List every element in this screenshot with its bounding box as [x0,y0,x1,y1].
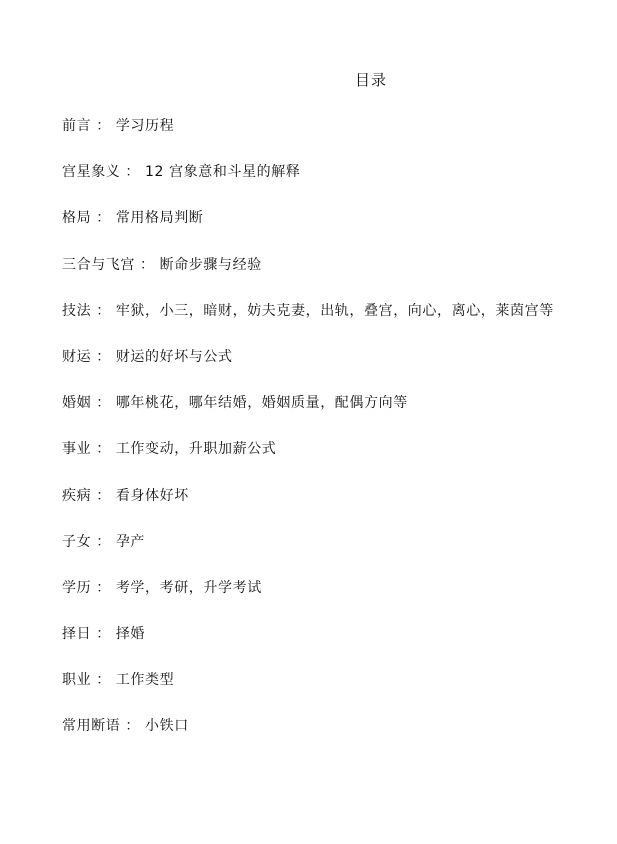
toc-description: 财运的好坏与公式 [116,349,233,365]
table-of-contents: 前言：学习历程 宫星象义：12 宫象意和斗星的解释 格局：常用格局判断 三合与飞… [62,116,554,763]
toc-heading: 婚姻 [62,395,91,411]
toc-item-patterns: 格局：常用格局判断 [62,208,554,254]
toc-heading: 宫星象义 [62,164,120,180]
toc-description: 哪年桃花，哪年结婚，婚姻质量，配偶方向等 [116,395,408,411]
toc-heading: 职业 [62,672,91,688]
toc-description: 看身体好坏 [116,488,189,504]
toc-heading: 学历 [62,580,91,596]
toc-description: 牢狱，小三，暗财，妨夫克妻，出轨，叠宫，向心，离心，莱茵宫等 [116,303,554,319]
toc-item-wealth: 财运：财运的好坏与公式 [62,347,554,393]
toc-description: 考学，考研，升学考试 [116,580,262,596]
document-page: 目录 前言：学习历程 宫星象义：12 宫象意和斗星的解释 格局：常用格局判断 三… [0,0,617,844]
toc-separator: ： [91,670,116,690]
page-title: 目录 [341,70,401,90]
toc-item-occupation: 职业：工作类型 [62,670,554,716]
toc-heading: 择日 [62,626,91,642]
toc-separator: ： [91,439,116,459]
toc-item-career: 事业：工作变动，升职加薪公式 [62,439,554,485]
toc-separator: ： [91,347,116,367]
toc-item-health: 疾病：看身体好坏 [62,486,554,532]
toc-heading: 前言 [62,118,91,134]
toc-heading: 事业 [62,441,91,457]
toc-heading: 技法 [62,303,91,319]
toc-heading: 格局 [62,210,91,226]
toc-separator: ： [91,208,116,228]
toc-separator: ： [91,532,116,552]
toc-item-date-selection: 择日：择婚 [62,624,554,670]
toc-separator: ： [120,162,145,182]
toc-heading: 财运 [62,349,91,365]
toc-item-sanhe-feigong: 三合与飞宫：断命步骤与经验 [62,255,554,301]
toc-description: 学习历程 [116,118,174,134]
toc-separator: ： [91,624,116,644]
toc-heading: 三合与飞宫 [62,257,135,273]
toc-separator: ： [120,716,145,736]
toc-item-marriage: 婚姻：哪年桃花，哪年结婚，婚姻质量，配偶方向等 [62,393,554,439]
toc-description: 择婚 [116,626,145,642]
toc-description: 断命步骤与经验 [160,257,262,273]
toc-heading: 子女 [62,534,91,550]
toc-separator: ： [91,393,116,413]
toc-separator: ： [91,486,116,506]
toc-item-palace-stars: 宫星象义：12 宫象意和斗星的解释 [62,162,554,208]
toc-item-common-sayings: 常用断语：小铁口 [62,716,554,762]
toc-separator: ： [91,116,116,136]
toc-description: 工作类型 [116,672,174,688]
toc-description: 常用格局判断 [116,210,204,226]
toc-description: 工作变动，升职加薪公式 [116,441,277,457]
toc-heading: 常用断语 [62,718,120,734]
toc-description: 12 宫象意和斗星的解释 [145,164,300,180]
toc-separator: ： [135,255,160,275]
toc-item-education: 学历：考学，考研，升学考试 [62,578,554,624]
toc-description: 孕产 [116,534,145,550]
toc-separator: ： [91,301,116,321]
toc-item-preface: 前言：学习历程 [62,116,554,162]
toc-heading: 疾病 [62,488,91,504]
toc-description: 小铁口 [145,718,189,734]
toc-item-children: 子女：孕产 [62,532,554,578]
toc-separator: ： [91,578,116,598]
toc-item-techniques: 技法：牢狱，小三，暗财，妨夫克妻，出轨，叠宫，向心，离心，莱茵宫等 [62,301,554,347]
